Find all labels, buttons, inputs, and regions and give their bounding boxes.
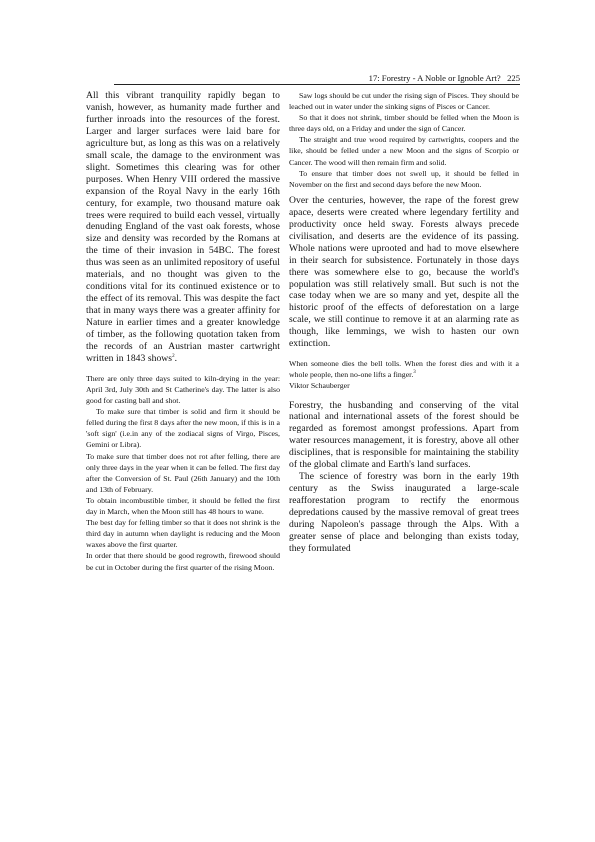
cartwright-quotation: There are only three days suited to kiln… (86, 373, 280, 573)
epigraph-text: When someone dies the bell tolls. When t… (289, 358, 519, 380)
footnote-marker: 3 (413, 370, 416, 375)
quote-paragraph: In order that there should be good regro… (86, 550, 280, 572)
quote-paragraph: To make sure that timber is solid and fi… (86, 406, 280, 450)
forestry-paragraph: Forestry, the husbanding and conserving … (289, 400, 519, 472)
quote-paragraph: So that it does not shrink, timber shoul… (289, 112, 519, 134)
left-column: All this vibrant tranquility rapidly beg… (86, 90, 280, 573)
quote-paragraph: The best day for felling timber so that … (86, 517, 280, 550)
quote-paragraph: To obtain incombustible timber, it shoul… (86, 495, 280, 517)
quote-paragraph: There are only three days suited to kiln… (86, 373, 280, 406)
quote-paragraph: To make sure that timber does not rot af… (86, 451, 280, 495)
quote-paragraph: Saw logs should be cut under the rising … (289, 90, 519, 112)
quote-paragraph: To ensure that timber does not swell up,… (289, 168, 519, 190)
epigraph: When someone dies the bell tolls. When t… (289, 358, 519, 391)
running-header: 17: Forestry - A Noble or Ignoble Art? 2… (114, 73, 520, 84)
intro-paragraph: All this vibrant tranquility rapidly beg… (86, 90, 280, 365)
right-column: Saw logs should be cut under the rising … (289, 90, 519, 555)
header-rule (114, 84, 520, 85)
epigraph-attribution: Viktor Schauberger (289, 380, 519, 391)
quote-paragraph: The straight and true wood required by c… (289, 134, 519, 167)
page-number: 225 (507, 73, 520, 83)
cartwright-quotation-continued: Saw logs should be cut under the rising … (289, 90, 519, 190)
science-paragraph: The science of forestry was born in the … (289, 471, 519, 555)
running-title: 17: Forestry - A Noble or Ignoble Art? (369, 73, 501, 83)
centuries-paragraph: Over the centuries, however, the rape of… (289, 195, 519, 350)
